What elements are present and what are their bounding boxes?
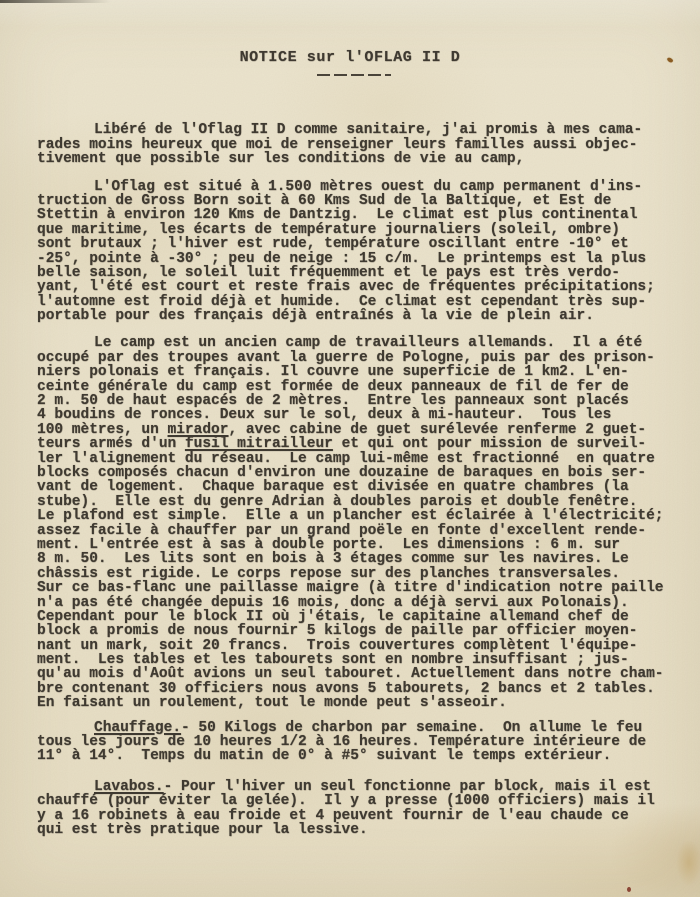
text-line: 11° à 14°. Temps du matin de 0° à #5° su…	[37, 749, 677, 763]
text-line: En faisant un roulement, tout le monde p…	[37, 696, 677, 710]
paragraph: Chauffage.- 50 Kilogs de charbon par sem…	[37, 721, 677, 764]
paragraph: Lavabos.- Pour l'hiver un seul fonctionn…	[37, 780, 677, 838]
scan-edge-shadow	[0, 0, 130, 3]
text-line: Chauffage.- 50 Kilogs de charbon par sem…	[37, 721, 677, 735]
text-line: 8 m. 50. Les lits sont en bois à 3 étage…	[37, 552, 677, 566]
document-body: Libéré de l'Oflag II D comme sanitaire, …	[37, 123, 677, 837]
text-line: ceinte générale du camp est formée de de…	[37, 380, 677, 394]
text-line: tivement que possible sur les conditions…	[37, 152, 677, 166]
text-line: block a promis de nous fournir 5 kilogs …	[37, 624, 677, 638]
text-line: Le camp est un ancien camp de travailleu…	[37, 336, 677, 350]
text-line: nant un mark, soit 20 francs. Trois couv…	[37, 639, 677, 653]
document-content: NOTICE sur l'OFLAG II D Libéré de l'Ofla…	[37, 51, 677, 837]
text-line: Le plafond est simple. Elle a un planche…	[37, 509, 677, 523]
title-underline-rule	[317, 74, 391, 76]
text-line: L'Oflag est situé à 1.500 mètres ouest d…	[37, 180, 677, 194]
underlined-text: fusil mitrailleur	[185, 436, 333, 452]
text-line: châssis est rigide. Le corps repose sur …	[37, 567, 677, 581]
text-line: qu'au mois d'Août avions un seul taboure…	[37, 667, 677, 681]
text-line: teurs armés d'un fusil mitrailleur et qu…	[37, 437, 677, 451]
document-title: NOTICE sur l'OFLAG II D	[0, 51, 700, 65]
text-line: n'a pas été changée depuis 16 mois, donc…	[37, 596, 677, 610]
text-line: Sur ce bas-flanc une paillasse maigre (à…	[37, 581, 677, 595]
text-line: ler l'alignement du réseau. Le camp lui-…	[37, 452, 677, 466]
text-line: assez facile à chauffer par un grand poë…	[37, 524, 677, 538]
text-line: chauffé (pour éviter la gelée). Il y a p…	[37, 794, 677, 808]
paragraph: Le camp est un ancien camp de travailleu…	[37, 336, 677, 710]
text-line: qui est très pratique pour la lessive.	[37, 823, 677, 837]
text-line: niers polonais et français. Il couvre un…	[37, 365, 677, 379]
paper-stain	[627, 887, 631, 892]
text-line: vant de logement. Chaque baraque est div…	[37, 480, 677, 494]
paragraph: Libéré de l'Oflag II D comme sanitaire, …	[37, 123, 677, 166]
text-line: portable pour des français déjà entraîné…	[37, 309, 677, 323]
text-line: yant, l'été est court et reste frais ave…	[37, 280, 677, 294]
text-line: l'automne est froid déjà et humide. Ce c…	[37, 295, 677, 309]
text-line: y a 16 robinets à eau froide et 4 peuven…	[37, 809, 677, 823]
title-block: NOTICE sur l'OFLAG II D	[0, 51, 700, 76]
document-page: NOTICE sur l'OFLAG II D Libéré de l'Ofla…	[0, 0, 700, 897]
text-line: -25°, pointe à -30° ; peu de neige : 15 …	[37, 252, 677, 266]
text-line: sont brutaux ; l'hiver est rude, tempéra…	[37, 237, 677, 251]
text-line: que maritime, les écarts de température …	[37, 223, 677, 237]
text-line: Libéré de l'Oflag II D comme sanitaire, …	[37, 123, 677, 137]
text-line: 4 boudins de ronces. Deux sur le sol, de…	[37, 408, 677, 422]
text-line: Stettin à environ 120 Kms de Dantzig. Le…	[37, 208, 677, 222]
text-line: stube). Elle est du genre Adrian à doubl…	[37, 495, 677, 509]
paper-stain	[676, 840, 700, 886]
paragraph: L'Oflag est situé à 1.500 mètres ouest d…	[37, 180, 677, 324]
